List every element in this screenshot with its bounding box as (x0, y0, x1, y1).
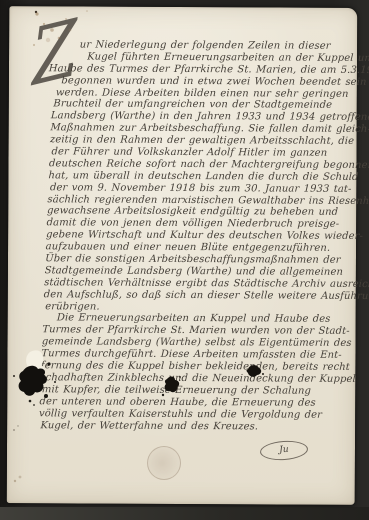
text-line: völlig verfaulten Kaiserstuhls und die V… (39, 408, 343, 421)
text-line: den Aufschluß, so daß sich an dieser Ste… (43, 289, 347, 302)
handwritten-text-block: ur Niederlegung der folgenden Zeilen in … (38, 39, 358, 433)
scanned-document-view: Z ur Niederlegung der folgenden Zeilen i… (0, 0, 369, 520)
scanner-bed-edge (0, 507, 369, 520)
text-line: Kugel führten Erneuerungsarbeiten an der… (87, 51, 357, 64)
text-line: Kugel, der Wetterfahne und des Kreuzes. (40, 420, 342, 433)
text-line: begonnen wurden und in etwa zwei Wochen … (61, 75, 356, 88)
signature-initials: Ju (279, 446, 289, 456)
text-line: der unteren und oberen Haube, die Erneue… (39, 396, 343, 409)
faint-seal-stamp (147, 446, 181, 480)
text-line: der vom 9. November 1918 bis zum 30. Jan… (50, 182, 352, 195)
manuscript-page: Z ur Niederlegung der folgenden Zeilen i… (7, 6, 358, 505)
